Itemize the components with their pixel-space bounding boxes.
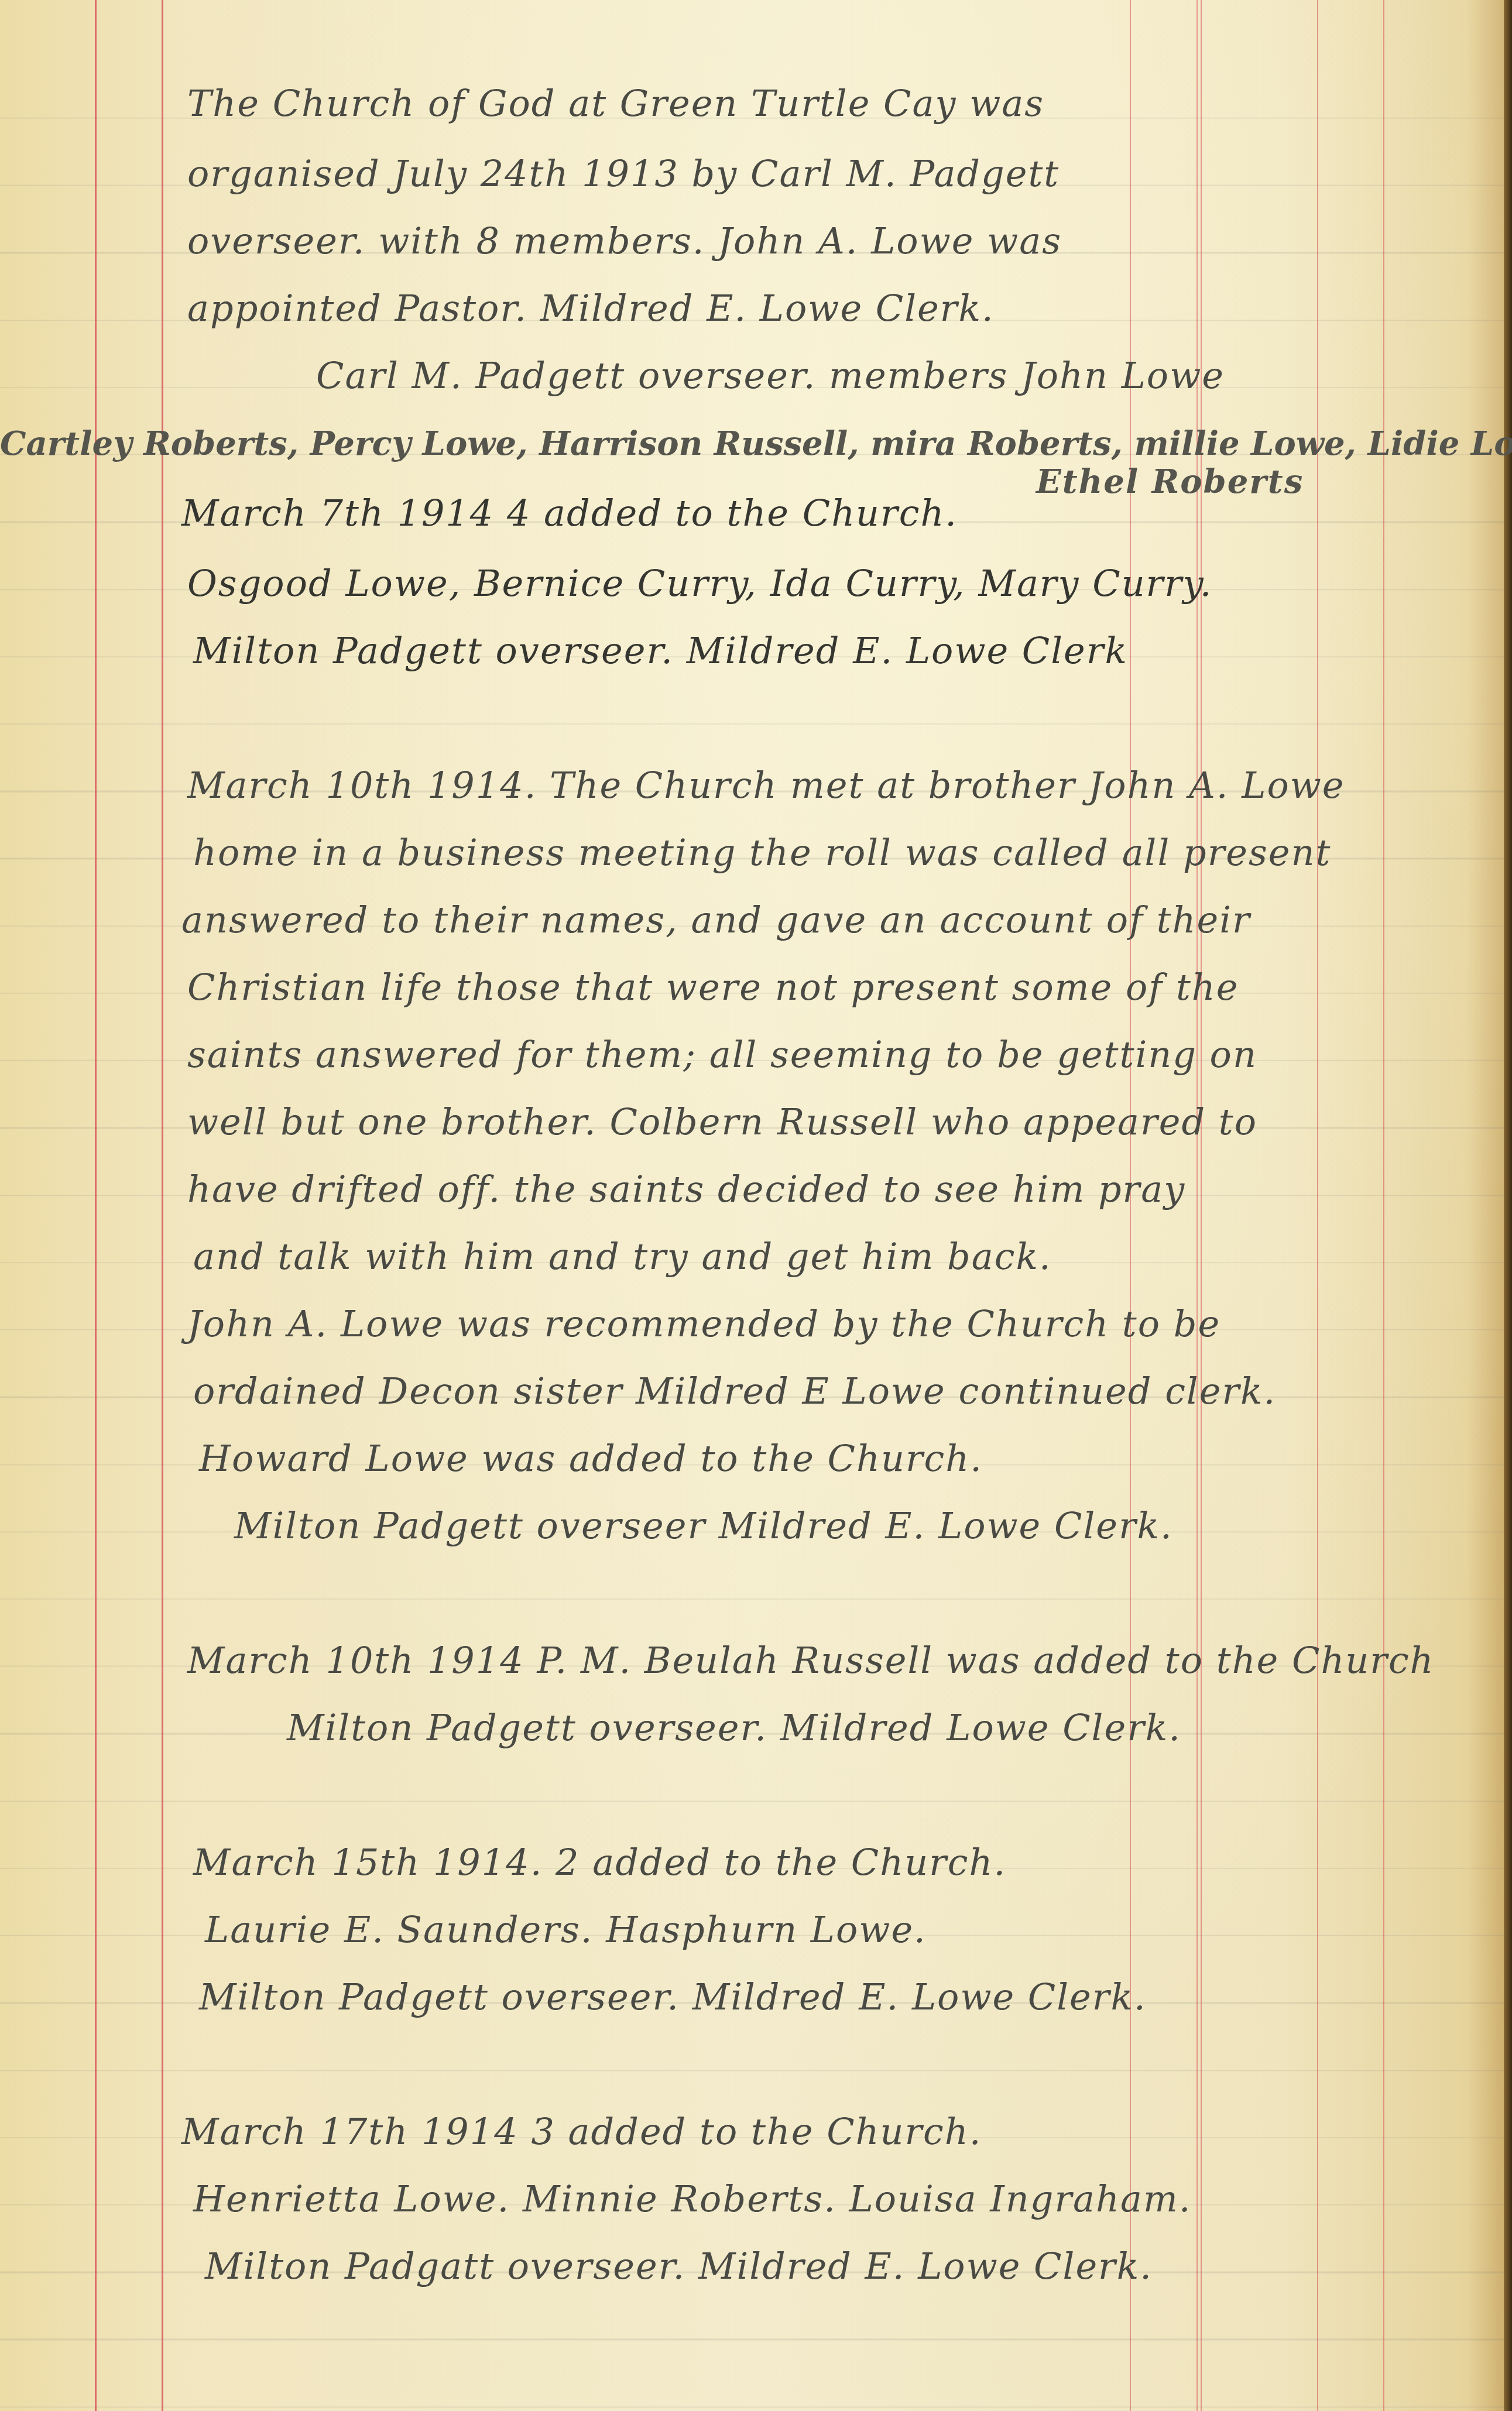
entry-march-7-line-3: Milton Padgett overseer. Mildred E. Lowe…	[193, 629, 1128, 672]
entry-march-17-line-2: Henrietta Lowe. Minnie Roberts. Louisa I…	[193, 2177, 1191, 2220]
entry-organization-line-3: overseer. with 8 members. John A. Lowe w…	[187, 220, 1062, 262]
entry-march-17-line-3: Milton Padgatt overseer. Mildred E. Lowe…	[205, 2245, 1153, 2287]
entry-march-10-line-10: ordained Decon sister Mildred E Lowe con…	[193, 1370, 1276, 1412]
entry-organization-line-4: appointed Pastor. Mildred E. Lowe Clerk.	[187, 287, 995, 330]
entry-march-15-line-3: Milton Padgett overseer. Mildred E. Lowe…	[199, 1976, 1147, 2018]
entry-march-10-pm-line-2: Milton Padgett overseer. Mildred Lowe Cl…	[287, 1706, 1181, 1749]
entry-march-10-line-12: Milton Padgett overseer Mildred E. Lowe …	[234, 1504, 1173, 1547]
entry-march-10-line-8: and talk with him and try and get him ba…	[193, 1235, 1052, 1278]
handwritten-text: The Church of God at Green Turtle Cay wa…	[0, 0, 1512, 2411]
entry-march-10-line-5: saints answered for them; all seeming to…	[187, 1033, 1257, 1076]
entry-march-10-line-6: well but one brother. Colbern Russell wh…	[187, 1100, 1257, 1143]
entry-march-10-line-3: answered to their names, and gave an acc…	[181, 898, 1251, 941]
entry-march-15-line-2: Laurie E. Saunders. Hasphurn Lowe.	[205, 1908, 927, 1951]
entry-march-10-line-4: Christian life those that were not prese…	[187, 966, 1239, 1009]
entry-march-7-line-2: Osgood Lowe, Bernice Curry, Ida Curry, M…	[187, 562, 1212, 605]
entry-organization-members-line: Cartley Roberts, Percy Lowe, Harrison Ru…	[0, 424, 1512, 463]
entry-organization-line-2: organised July 24th 1913 by Carl M. Padg…	[187, 152, 1060, 195]
entry-march-17-line-1: March 17th 1914 3 added to the Church.	[181, 2110, 982, 2153]
entry-organization-members-line-2: Ethel Roberts	[1036, 462, 1304, 501]
entry-march-10-line-9: John A. Lowe was recommended by the Chur…	[187, 1302, 1220, 1345]
entry-march-10-line-7: have drifted off. the saints decided to …	[187, 1168, 1185, 1210]
entry-march-7-line-1: March 7th 1914 4 added to the Church.	[181, 492, 958, 534]
entry-march-10-pm-line-1: March 10th 1914 P. M. Beulah Russell was…	[187, 1639, 1435, 1682]
ledger-page: The Church of God at Green Turtle Cay wa…	[0, 0, 1512, 2411]
entry-march-10-line-1: March 10th 1914. The Church met at broth…	[187, 764, 1345, 807]
entry-organization-line-5: Carl M. Padgett overseer. members John L…	[316, 354, 1225, 397]
entry-march-15-line-1: March 15th 1914. 2 added to the Church.	[193, 1841, 1006, 1884]
entry-organization-line-1: The Church of God at Green Turtle Cay wa…	[187, 82, 1044, 125]
entry-march-10-line-2: home in a business meeting the roll was …	[193, 831, 1331, 874]
entry-march-10-line-11: Howard Lowe was added to the Church.	[199, 1437, 983, 1480]
